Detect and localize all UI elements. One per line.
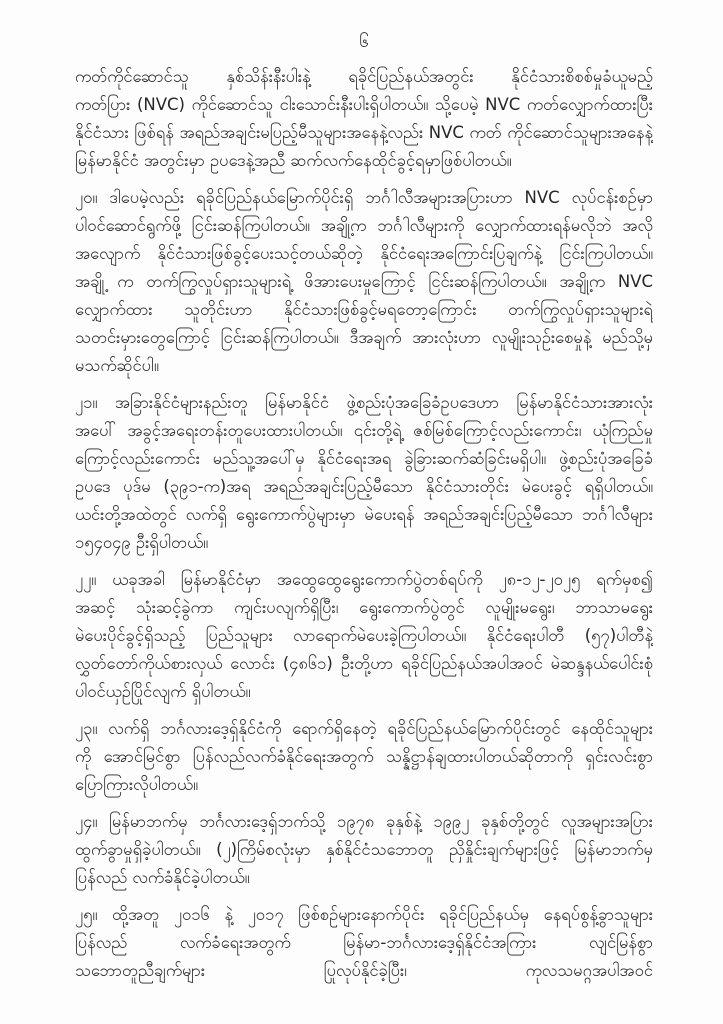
document-body: ကတ်ကိုင်ဆောင်သူ နှစ်သိန်းနီးပါးနဲ့ ရခိုင… (75, 63, 653, 985)
paragraph-line: ကြောင့်လည်းကောင်း မည်သူ့အပေါ်မှ နိုင်ငံရ… (75, 445, 653, 473)
paragraph-line: အလျောက် နိုင်ငံသားဖြစ်ခွင့်ပေးသင့်တယ်ဆို… (75, 240, 653, 268)
paragraph-line: ၂၀။ ဒါပေမဲ့လည်း ရခိုင်ပြည်နယ်မြောက်ပိုင်… (75, 184, 653, 212)
paragraph-line: မဲပေးပိုင်ခွင့်ရှိသည့် ပြည်သူများ လာရောက… (75, 622, 653, 650)
paragraph-line: ၁၅၄၀၄၉ ဦးရှိပါတယ်။ (75, 529, 653, 557)
paragraph-line: သတင်းမှားတွေကြောင့် ငြင်းဆန်ကြပါတယ်။ ဒီအ… (75, 324, 653, 352)
paragraph-line: ပါဝင်ယှဉ်ပြိုင်လျက် ရှိပါတယ်။ (75, 678, 653, 706)
paragraph: ၂၂။ ယခုအခါ မြန်မာနိုင်ငံမှာ အထွေထွေရွေးက… (75, 566, 653, 706)
paragraph-line: ကို အောင်မြင်စွာ ပြန်လည်လက်ခံနိုင်ရေးအတွ… (75, 743, 653, 771)
paragraph: ၂၃။ လက်ရှိ ဘင်္ဂလားဒေ့ရှ်နိုင်ငံကို ရောက… (75, 715, 653, 799)
paragraph-line: ပါဝင်ဆောင်ရွက်ဖို့ ငြင်းဆန်ကြပါတယ်။ အချိ… (75, 212, 653, 240)
paragraph-line: အဆင့် သုံးဆင့်ခွဲကာ ကျင်းပလျက်ရှိပြီး၊ ရ… (75, 594, 653, 622)
paragraph-line: ကတ်ပြား (NVC) ကိုင်ဆောင်သူ ငါးသောင်းနီးပ… (75, 91, 653, 119)
paragraph-line: မသက်ဆိုင်ပါ။ (75, 352, 653, 380)
paragraph-line: ပြန်လည် လက်ခံရေးအတွက် မြန်မာ-ဘင်္ဂလားဒေ့… (75, 929, 653, 957)
paragraph-line: ယင်းတို့အထဲတွင် လက်ရှိ ရွေးကောက်ပွဲများမ… (75, 501, 653, 529)
page-number: ၆ (75, 28, 653, 56)
paragraph-line: ပြန်လည် လက်ခံနိုင်ခဲ့ပါတယ်။ (75, 864, 653, 892)
paragraph-line: ၂၂။ ယခုအခါ မြန်မာနိုင်ငံမှာ အထွေထွေရွေးက… (75, 566, 653, 594)
paragraph: ၂၄။ မြန်မာဘက်မှ ဘင်္ဂလားဒေ့ရှ်ဘက်သို့ ၁၉… (75, 808, 653, 892)
document-content: ၆ ကတ်ကိုင်ဆောင်သူ နှစ်သိန်းနီးပါးနဲ့ ရခိ… (75, 28, 653, 994)
paragraph-line: ၂၃။ လက်ရှိ ဘင်္ဂလားဒေ့ရှ်နိုင်ငံကို ရောက… (75, 715, 653, 743)
paragraph: ကတ်ကိုင်ဆောင်သူ နှစ်သိန်းနီးပါးနဲ့ ရခိုင… (75, 63, 653, 175)
paragraph-line: ကတ်ကိုင်ဆောင်သူ နှစ်သိန်းနီးပါးနဲ့ ရခိုင… (75, 63, 653, 91)
paragraph-line: ၂၅။ ထို့အတူ ၂၀၁၆ နဲ့ ၂၀၁၇ ဖြစ်စဉ်များနော… (75, 901, 653, 929)
paragraph-line: မြန်မာနိုင်ငံ အတွင်းမှာ ဥပဒေနဲ့အညီ ဆက်လက… (75, 147, 653, 175)
paragraph-line: ၂၁။ အခြားနိုင်ငံများနည်းတူ မြန်မာနိုင်ငံ… (75, 389, 653, 417)
document-page: ၆ ကတ်ကိုင်ဆောင်သူ နှစ်သိန်းနီးပါးနဲ့ ရခိ… (0, 0, 723, 1024)
paragraph: ၂၅။ ထို့အတူ ၂၀၁၆ နဲ့ ၂၀၁၇ ဖြစ်စဉ်များနော… (75, 901, 653, 985)
paragraph-line: ထွက်ခွာမှုရှိခဲ့ပါတယ်။ (၂)ကြိမ်စလုံးမှာ … (75, 836, 653, 864)
paragraph-line: လျှောက်ထား သူတိုင်းဟာ နိုင်ငံသားဖြစ်ခွင့… (75, 296, 653, 324)
paragraph: ၂၁။ အခြားနိုင်ငံများနည်းတူ မြန်မာနိုင်ငံ… (75, 389, 653, 557)
paragraph-line: ဥပဒေ ပုဒ်မ (၃၉၁-က)အရ အရည်အချင်းပြည့်မီသေ… (75, 473, 653, 501)
paragraph-line: အချို့ က တက်ကြွလှုပ်ရှားသူများရဲ့ ဖိအားပ… (75, 268, 653, 296)
paragraph-line: ပြောကြားလိုပါတယ်။ (75, 771, 653, 799)
paragraph-line: သဘောတူညီချက်များ ပြုလုပ်နိုင်ခဲ့ပြီး၊ ကု… (75, 957, 653, 985)
paragraph-line: လွှတ်တော်ကိုယ်စားလှယ် လောင်း (၄၈၆၁) ဦးတိ… (75, 650, 653, 678)
paragraph-line: နိုင်ငံသား ဖြစ်ရန် အရည်အချင်းမပြည့်မီသူမ… (75, 119, 653, 147)
paragraph-line: ၂၄။ မြန်မာဘက်မှ ဘင်္ဂလားဒေ့ရှ်ဘက်သို့ ၁၉… (75, 808, 653, 836)
paragraph-line: အပေါ် အခွင့်အရေးတန်းတူပေးထားပါတယ်။ ၎င်းတ… (75, 417, 653, 445)
paragraph: ၂၀။ ဒါပေမဲ့လည်း ရခိုင်ပြည်နယ်မြောက်ပိုင်… (75, 184, 653, 380)
